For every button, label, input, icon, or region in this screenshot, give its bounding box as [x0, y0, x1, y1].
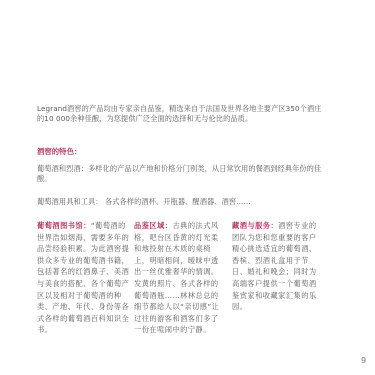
feature-tools: 葡萄酒用具和工具： 各式各样的酒杯、开瓶器、醒酒器、酒窖…… — [37, 197, 327, 207]
column-tasting-text: 古典的法式风格，吧台区昏黄的灯光柔和地投射在木质的桌椅上，明暗相间，暧昧中透出一… — [134, 221, 219, 334]
page-number: 9 — [361, 356, 366, 365]
column-library-label: 葡萄酒图书馆： — [37, 221, 91, 230]
features-heading: 酒窖的特色： — [37, 146, 81, 157]
feature-wines: 葡萄酒和烈酒：多样化的产品以产地和价格分门别类，从日常饮用的餐酒到经典年份的佳酿… — [37, 164, 327, 184]
column-tasting-label: 品鉴区域： — [134, 221, 172, 230]
column-tasting-area: 品鉴区域：古典的法式风格，吧台区昏黄的灯光柔和地投射在木质的桌椅上，明暗相间，暧… — [134, 220, 220, 336]
column-library: 葡萄酒图书馆：“葡萄酒的世界浩如烟海，需要多年的品尝经验积累。为此酒窖提供众多专… — [37, 220, 132, 336]
column-service-label: 藏酒与服务： — [232, 221, 278, 230]
column-service-text: 酒窖专业的团队为您和您重要的客户精心挑选适宜的葡萄酒、香槟、烈酒礼盒用于节日、婚… — [232, 221, 317, 311]
column-library-text: “葡萄酒的世界浩如烟海，需要多年的品尝经验积累。为此酒窖提供众多专业的葡萄酒书籍… — [37, 221, 129, 334]
intro-paragraph: Legrand酒窖的产品均由专家亲自品鉴，精选来自于法国及世界各地主要产区350… — [37, 104, 327, 124]
column-cellar-service: 藏酒与服务：酒窖专业的团队为您和您重要的客户精心挑选适宜的葡萄酒、香槟、烈酒礼盒… — [232, 220, 324, 313]
